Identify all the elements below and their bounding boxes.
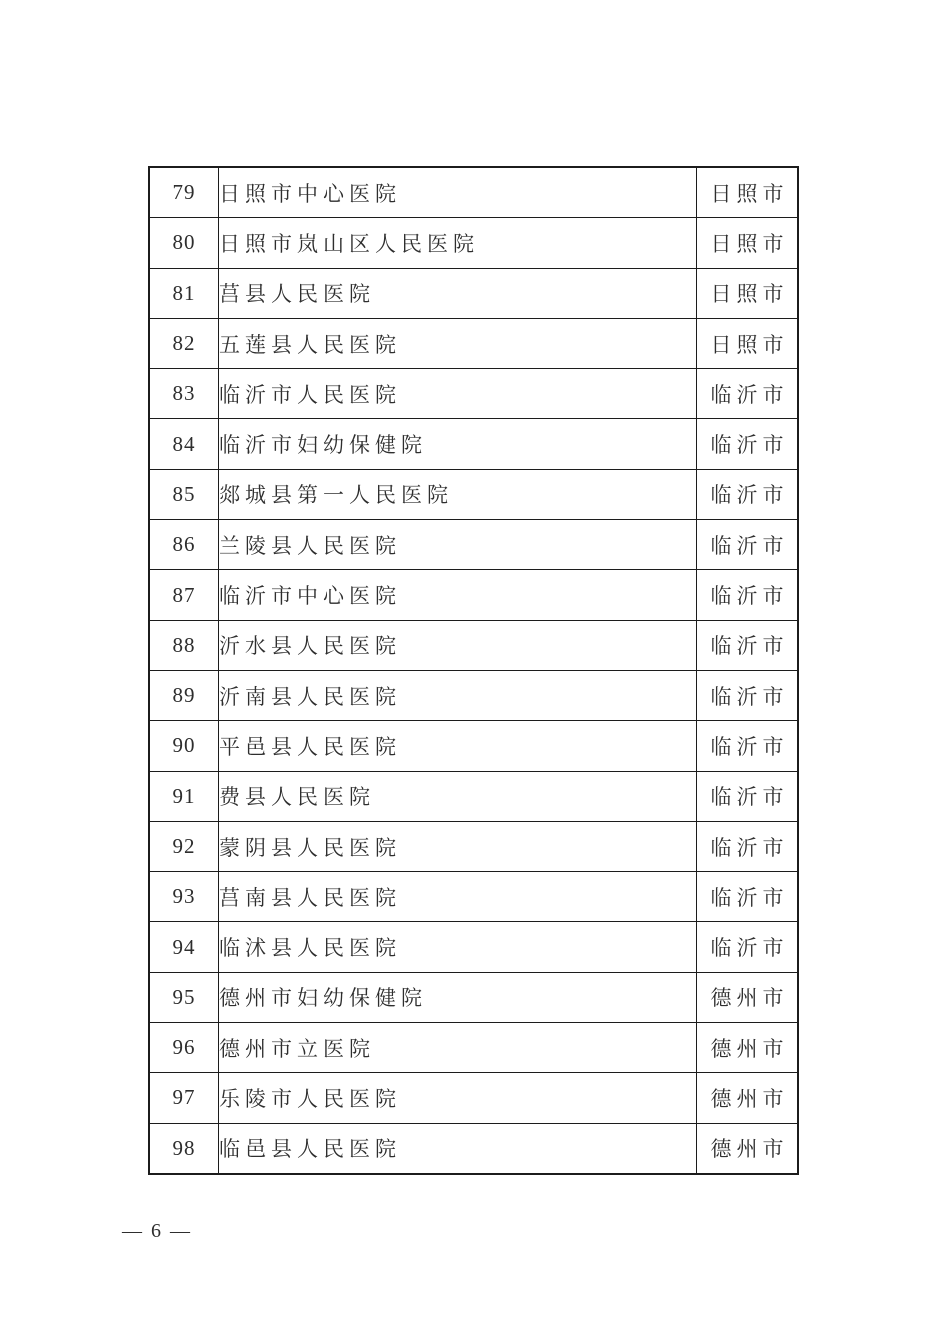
hospital-name-cell: 临沭县人民医院 (219, 922, 697, 972)
hospital-name-cell: 沂南县人民医院 (219, 670, 697, 720)
table-row: 89沂南县人民医院临沂市 (149, 670, 798, 720)
city-cell: 临沂市 (697, 872, 799, 922)
hospital-name-cell: 临邑县人民医院 (219, 1123, 697, 1174)
city-cell: 德州市 (697, 1123, 799, 1174)
table-row: 81莒县人民医院日照市 (149, 268, 798, 318)
hospital-name-cell: 郯城县第一人民医院 (219, 469, 697, 519)
hospital-name-cell: 平邑县人民医院 (219, 721, 697, 771)
city-cell: 日照市 (697, 318, 799, 368)
city-cell: 临沂市 (697, 520, 799, 570)
hospital-name-cell: 五莲县人民医院 (219, 318, 697, 368)
hospital-name-cell: 蒙阴县人民医院 (219, 821, 697, 871)
row-index-cell: 94 (149, 922, 219, 972)
city-cell: 德州市 (697, 1023, 799, 1073)
table-row: 80日照市岚山区人民医院日照市 (149, 218, 798, 268)
table-row: 96德州市立医院德州市 (149, 1023, 798, 1073)
row-index-cell: 96 (149, 1023, 219, 1073)
hospital-name-cell: 莒南县人民医院 (219, 872, 697, 922)
city-cell: 日照市 (697, 218, 799, 268)
row-index-cell: 95 (149, 972, 219, 1022)
row-index-cell: 80 (149, 218, 219, 268)
table-row: 97乐陵市人民医院德州市 (149, 1073, 798, 1123)
table-row: 86兰陵县人民医院临沂市 (149, 520, 798, 570)
hospital-name-cell: 日照市岚山区人民医院 (219, 218, 697, 268)
row-index-cell: 85 (149, 469, 219, 519)
hospital-table: 79日照市中心医院日照市80日照市岚山区人民医院日照市81莒县人民医院日照市82… (148, 166, 799, 1175)
hospital-name-cell: 德州市立医院 (219, 1023, 697, 1073)
hospital-name-cell: 德州市妇幼保健院 (219, 972, 697, 1022)
hospital-name-cell: 沂水县人民医院 (219, 620, 697, 670)
row-index-cell: 79 (149, 167, 219, 218)
hospital-name-cell: 日照市中心医院 (219, 167, 697, 218)
table-row: 79日照市中心医院日照市 (149, 167, 798, 218)
row-index-cell: 82 (149, 318, 219, 368)
table-row: 83临沂市人民医院临沂市 (149, 369, 798, 419)
city-cell: 临沂市 (697, 721, 799, 771)
city-cell: 临沂市 (697, 469, 799, 519)
row-index-cell: 90 (149, 721, 219, 771)
document-page: 79日照市中心医院日照市80日照市岚山区人民医院日照市81莒县人民医院日照市82… (0, 0, 945, 1336)
page-number: — 6 — (122, 1220, 192, 1243)
row-index-cell: 91 (149, 771, 219, 821)
hospital-name-cell: 费县人民医院 (219, 771, 697, 821)
city-cell: 临沂市 (697, 620, 799, 670)
row-index-cell: 89 (149, 670, 219, 720)
hospital-name-cell: 临沂市中心医院 (219, 570, 697, 620)
row-index-cell: 86 (149, 520, 219, 570)
city-cell: 临沂市 (697, 670, 799, 720)
row-index-cell: 88 (149, 620, 219, 670)
table-row: 90平邑县人民医院临沂市 (149, 721, 798, 771)
hospital-table-body: 79日照市中心医院日照市80日照市岚山区人民医院日照市81莒县人民医院日照市82… (149, 167, 798, 1174)
table-row: 87临沂市中心医院临沂市 (149, 570, 798, 620)
row-index-cell: 93 (149, 872, 219, 922)
row-index-cell: 97 (149, 1073, 219, 1123)
table-row: 82五莲县人民医院日照市 (149, 318, 798, 368)
table-row: 92蒙阴县人民医院临沂市 (149, 821, 798, 871)
table-row: 98临邑县人民医院德州市 (149, 1123, 798, 1174)
city-cell: 德州市 (697, 1073, 799, 1123)
city-cell: 临沂市 (697, 419, 799, 469)
table-row: 94临沭县人民医院临沂市 (149, 922, 798, 972)
hospital-name-cell: 临沂市妇幼保健院 (219, 419, 697, 469)
city-cell: 临沂市 (697, 821, 799, 871)
table-row: 91费县人民医院临沂市 (149, 771, 798, 821)
row-index-cell: 83 (149, 369, 219, 419)
hospital-name-cell: 莒县人民医院 (219, 268, 697, 318)
city-cell: 临沂市 (697, 570, 799, 620)
city-cell: 临沂市 (697, 369, 799, 419)
row-index-cell: 98 (149, 1123, 219, 1174)
hospital-name-cell: 乐陵市人民医院 (219, 1073, 697, 1123)
table-row: 95德州市妇幼保健院德州市 (149, 972, 798, 1022)
row-index-cell: 92 (149, 821, 219, 871)
table-row: 84临沂市妇幼保健院临沂市 (149, 419, 798, 469)
city-cell: 临沂市 (697, 771, 799, 821)
city-cell: 日照市 (697, 268, 799, 318)
table-row: 85郯城县第一人民医院临沂市 (149, 469, 798, 519)
hospital-name-cell: 临沂市人民医院 (219, 369, 697, 419)
table-row: 93莒南县人民医院临沂市 (149, 872, 798, 922)
city-cell: 日照市 (697, 167, 799, 218)
city-cell: 德州市 (697, 972, 799, 1022)
row-index-cell: 81 (149, 268, 219, 318)
hospital-name-cell: 兰陵县人民医院 (219, 520, 697, 570)
row-index-cell: 87 (149, 570, 219, 620)
table-row: 88沂水县人民医院临沂市 (149, 620, 798, 670)
city-cell: 临沂市 (697, 922, 799, 972)
row-index-cell: 84 (149, 419, 219, 469)
